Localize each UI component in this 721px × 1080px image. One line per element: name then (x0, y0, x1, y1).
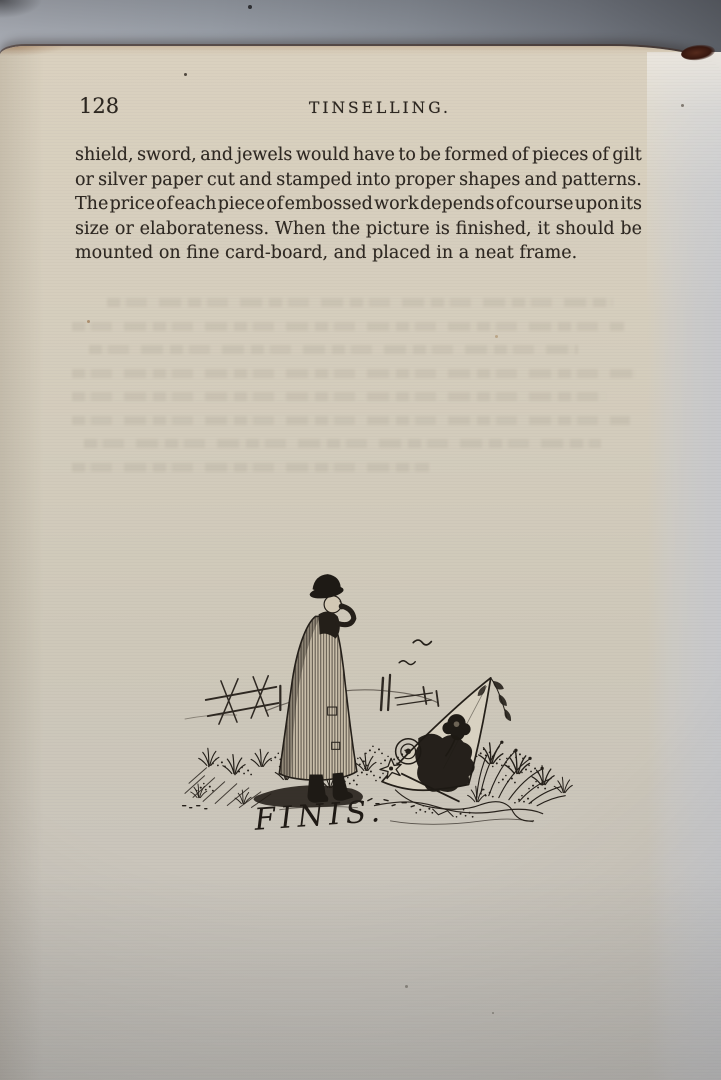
show-through-line (72, 463, 429, 472)
paragraph-line: mounted on fine card-board, and placed i… (75, 241, 642, 266)
page-number: 128 (79, 94, 119, 118)
show-through-line (72, 322, 624, 331)
show-through-line (72, 416, 630, 425)
paper-speck (184, 73, 187, 76)
book-photo: 128 TINSELLING. shield,sword,andjewelswo… (0, 0, 721, 1080)
body-paragraph: shield,sword,andjewelswouldhavetobeforme… (75, 143, 642, 266)
fence-middle (381, 675, 438, 710)
birds (399, 640, 431, 664)
paragraph-line: orsilverpapercutandstampedintopropershap… (75, 168, 642, 193)
boy-head (324, 596, 341, 613)
paragraph-line: Thepriceofeachpieceofembossedworkdepends… (75, 192, 642, 217)
boy-figure (279, 574, 357, 803)
show-through-line (89, 345, 578, 354)
boy-cap-crown (313, 574, 341, 592)
running-head: TINSELLING. (120, 99, 640, 117)
show-through-line (72, 392, 607, 401)
paper-speck (405, 985, 408, 988)
fence-left (206, 676, 281, 724)
paragraph-line: shield,sword,andjewelswouldhavetobeforme… (75, 143, 642, 168)
background-speck (248, 5, 252, 9)
show-through-text (72, 298, 647, 486)
page-fore-edge (647, 52, 721, 1080)
show-through-line (84, 439, 602, 448)
show-through-line (72, 369, 636, 378)
paper-speck (492, 1012, 494, 1014)
finis-illustration: FINIS. (178, 556, 582, 848)
book-page: 128 TINSELLING. shield,sword,andjewelswo… (0, 46, 721, 1080)
show-through-line (107, 298, 613, 307)
paragraph-line: sizeorelaborateness.Whenthepictureisfini… (75, 217, 642, 242)
paper-speck (681, 104, 684, 107)
